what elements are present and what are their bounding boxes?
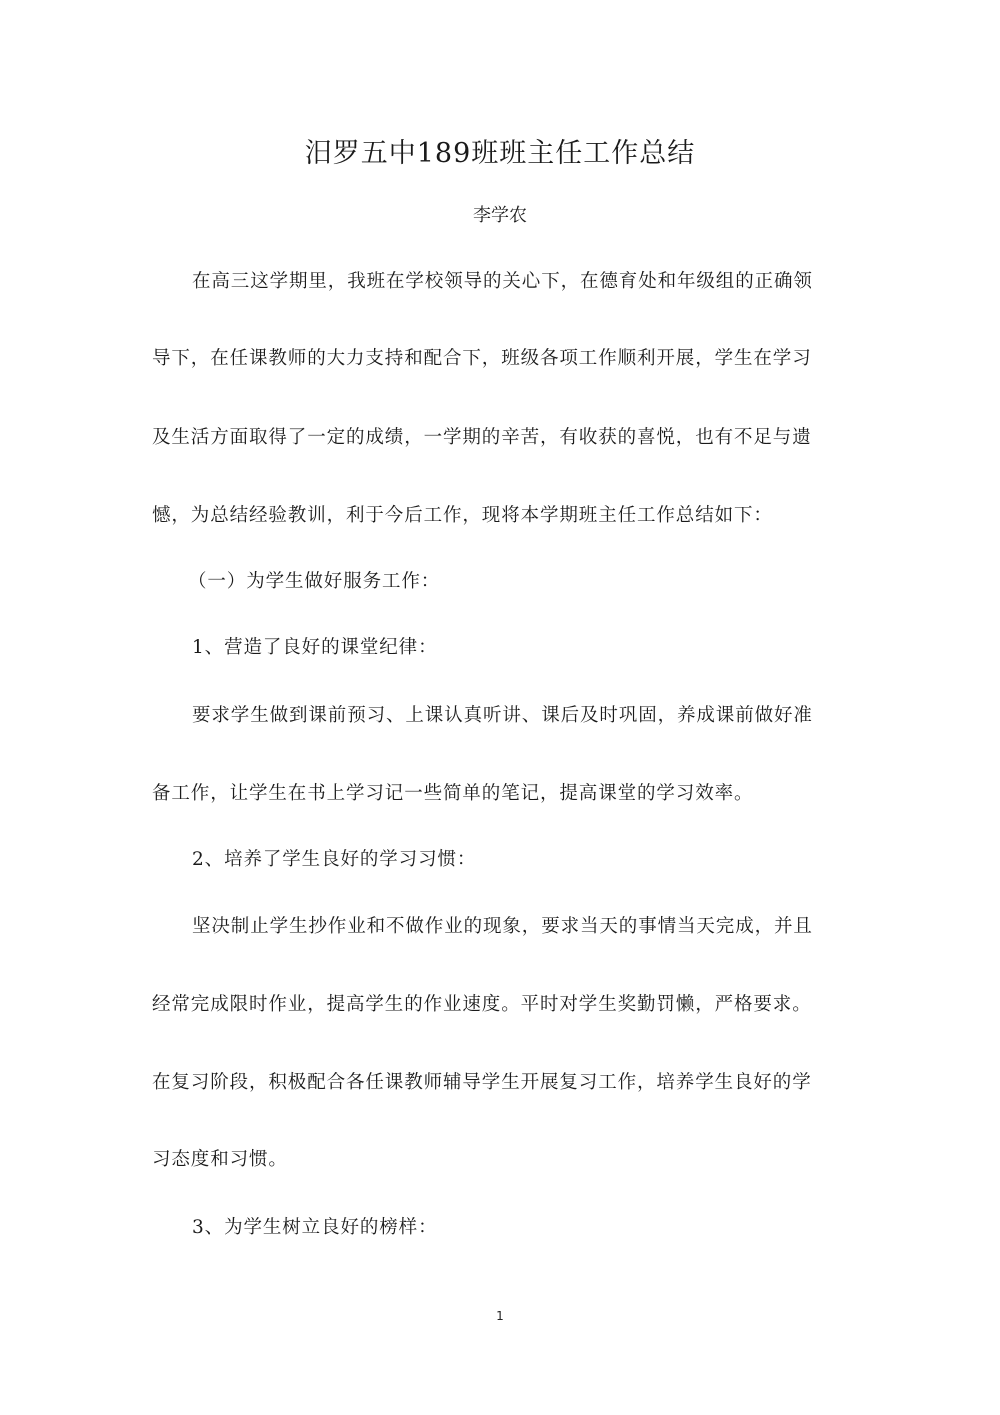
page-number: 1 — [0, 1307, 1000, 1325]
paragraph-2-line-2: 经常完成限时作业，提高学生的作业速度。平时对学生奖勤罚懒，严格要求。 — [152, 991, 812, 1019]
paragraph-intro-line-3: 及生活方面取得了一定的成绩，一学期的辛苦，有收获的喜悦，也有不足与遗 — [152, 424, 812, 452]
section-heading-1: （一）为学生做好服务工作： — [188, 568, 440, 596]
document-author: 李学农 — [0, 202, 1000, 230]
paragraph-2-line-4: 习态度和习惯。 — [152, 1146, 288, 1174]
paragraph-2-line-3: 在复习阶段，积极配合各任课教师辅导学生开展复习工作，培养学生良好的学 — [152, 1069, 812, 1097]
document-title: 汨罗五中189班班主任工作总结 — [0, 134, 1000, 174]
subheading-1: 1、营造了良好的课堂纪律： — [192, 634, 437, 662]
subheading-2: 2、培养了学生良好的学习习惯： — [192, 846, 476, 874]
subheading-3: 3、为学生树立良好的榜样： — [192, 1214, 437, 1242]
paragraph-1-line-2: 备工作，让学生在书上学习记一些简单的笔记，提高课堂的学习效率。 — [152, 780, 753, 808]
paragraph-intro-line-2: 导下，在任课教师的大力支持和配合下，班级各项工作顺利开展，学生在学习 — [152, 345, 812, 373]
document-page: 汨罗五中189班班主任工作总结 李学农 在高三这学期里，我班在学校领导的关心下，… — [0, 0, 1000, 1415]
paragraph-2-line-1: 坚决制止学生抄作业和不做作业的现象，要求当天的事情当天完成，并且 — [192, 913, 813, 941]
paragraph-intro-line-4: 憾，为总结经验教训，利于今后工作，现将本学期班主任工作总结如下： — [152, 502, 773, 530]
paragraph-intro-line-1: 在高三这学期里，我班在学校领导的关心下，在德育处和年级组的正确领 — [192, 268, 813, 296]
paragraph-1-line-1: 要求学生做到课前预习、上课认真听讲、课后及时巩固，养成课前做好准 — [192, 702, 813, 730]
